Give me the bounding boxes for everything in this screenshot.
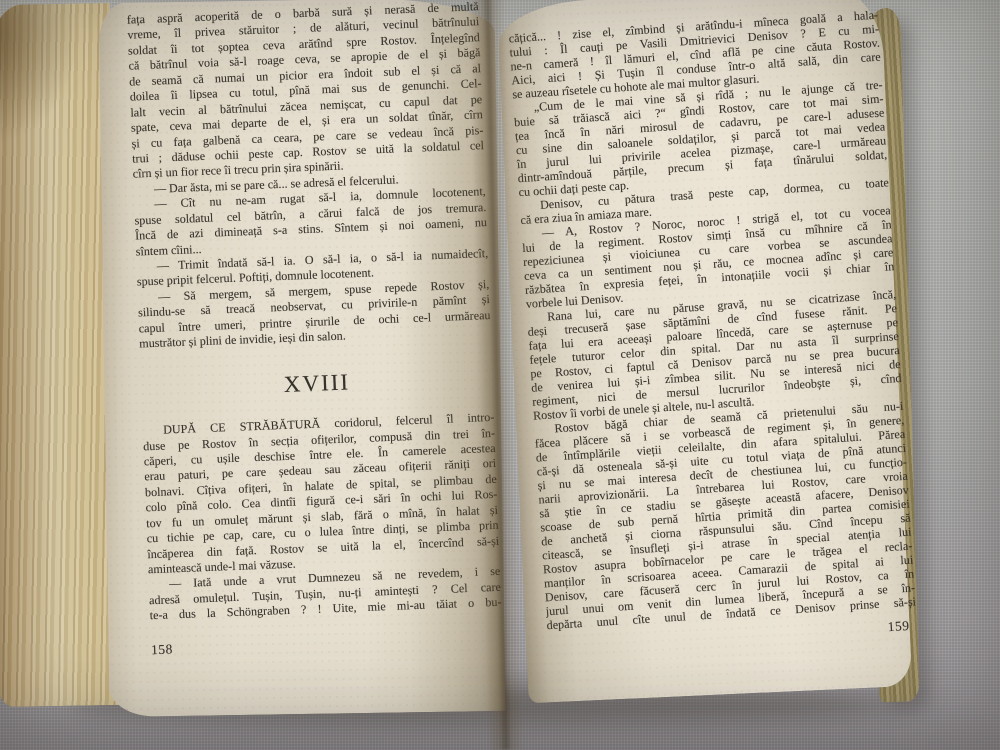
right-page-text-column: cățică... ! zise el, zîmbind și arătîndu…	[508, 8, 918, 657]
chapter-heading: XVIII	[141, 369, 493, 398]
right-page: cățică... ! zise el, zîmbind și arătîndu…	[497, 0, 912, 703]
page-number-left: 158	[151, 629, 503, 658]
left-page-text-column: fața aspră acoperită de o barbă sură și …	[127, 0, 504, 657]
paragraph: DUPĂ CE STRĂBĂTURĂ coridorul, felcerul î…	[142, 410, 500, 578]
paragraph: — Să mergem, să mergem, spuse repede Ros…	[137, 277, 491, 352]
paragraph: Rostov băgă chiar de seamă că prietenulu…	[534, 399, 917, 632]
left-page: fața aspră acoperită de o barbă sură și …	[98, 0, 505, 717]
photo-background: fața aspră acoperită de o barbă sură și …	[0, 0, 1000, 750]
paragraph: fața aspră acoperită de o barbă sură și …	[127, 0, 485, 182]
right-page-paragraphs: cățică... ! zise el, zîmbind și arătîndu…	[508, 8, 916, 633]
left-page-bottom-paragraphs: DUPĂ CE STRĂBĂTURĂ coridorul, felcerul î…	[142, 410, 501, 624]
left-page-top-paragraphs: fața aspră acoperită de o barbă sură și …	[127, 0, 492, 352]
